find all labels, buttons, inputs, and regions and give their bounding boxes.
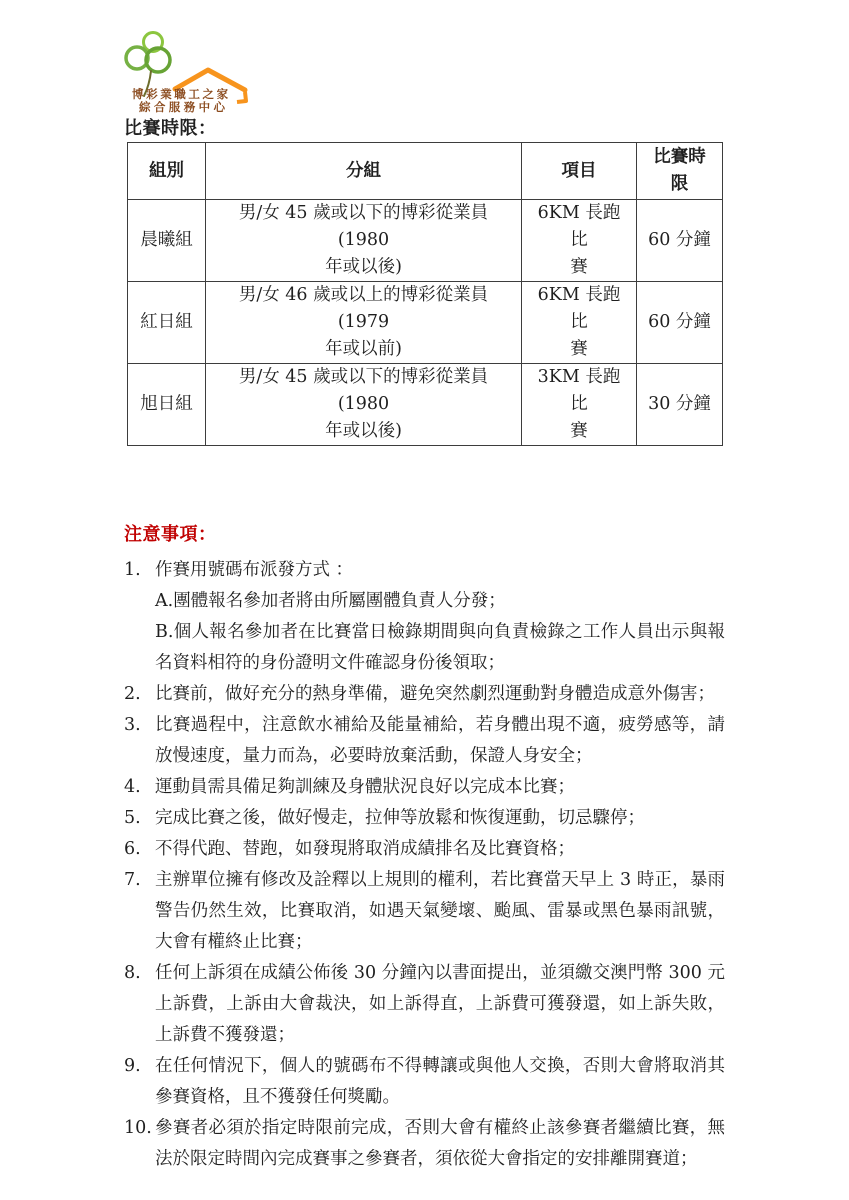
time-limit-heading: 比賽時限： [124,119,725,139]
cell-event: 3KM 長跑比 賽 [522,364,637,446]
cell-group: 紅日組 [128,282,206,364]
list-item-text: 比賽前，做好充分的熱身準備，避免突然劇烈運動對身體造成意外傷害； [155,679,725,710]
list-item-text: 作賽用號碼布派發方式 ： [155,555,725,586]
cell-time-limit: 60 分鐘 [637,282,723,364]
list-item-text: 運動員需具備足夠訓練及身體狀況良好以完成本比賽； [155,772,725,803]
list-item-number: 10. [124,1113,155,1175]
cell-event: 6KM 長跑比 賽 [522,200,637,282]
col-header-group: 組別 [128,143,206,200]
list-item-text: 任何上訴須在成績公佈後 30 分鐘內以書面提出，並須繳交澳門幣 300 元上訴費… [155,958,725,1051]
cell-time-limit: 60 分鐘 [637,200,723,282]
list-item-text: 參賽者必須於指定時限前完成，否則大會有權終止該參賽者繼續比賽，無法於限定時間內完… [155,1113,725,1175]
list-subitem-b: B.個人報名參加者在比賽當日檢錄期間與向負責檢錄之工作人員出示與報名資料相符的身… [155,617,725,679]
list-item-text: 完成比賽之後，做好慢走，拉伸等放鬆和恢復運動，切忌驟停； [155,803,725,834]
list-item-number: 9. [124,1051,155,1113]
col-header-division: 分組 [206,143,522,200]
list-item-number: 4. [124,772,155,803]
list-item: 2. 比賽前，做好充分的熱身準備，避免突然劇烈運動對身體造成意外傷害； [124,679,725,710]
cell-division: 男/女 45 歲或以下的博彩從業員 (1980 年或以後) [206,364,522,446]
list-item: 5. 完成比賽之後，做好慢走，拉伸等放鬆和恢復運動，切忌驟停； [124,803,725,834]
list-item-number: 1. [124,555,155,679]
logo-text-line2: 綜合服務中心 [139,99,228,115]
document-page: 博彩業職工之家 綜合服務中心 比賽時限： 組別 分組 項目 比賽時 限 晨曦組 … [0,0,849,1200]
cell-event: 6KM 長跑比 賽 [522,282,637,364]
table-row: 旭日組 男/女 45 歲或以下的博彩從業員 (1980 年或以後) 3KM 長跑… [128,364,723,446]
cell-division: 男/女 46 歲或以上的博彩從業員 (1979 年或以前) [206,282,522,364]
list-item: 7. 主辦單位擁有修改及詮釋以上規則的權利，若比賽當天早上 3 時正，暴雨警告仍… [124,865,725,958]
cell-group: 晨曦組 [128,200,206,282]
list-item-number: 3. [124,710,155,772]
list-item-number: 5. [124,803,155,834]
col-header-time-limit: 比賽時 限 [637,143,723,200]
list-item-number: 7. [124,865,155,958]
list-item-text: 不得代跑、替跑，如發現將取消成績排名及比賽資格； [155,834,725,865]
list-subitem-a: A.團體報名參加者將由所屬團體負責人分發； [155,586,725,617]
list-item: 3. 比賽過程中，注意飲水補給及能量補給，若身體出現不適，疲勞感等，請放慢速度，… [124,710,725,772]
table-row: 紅日組 男/女 46 歲或以上的博彩從業員 (1979 年或以前) 6KM 長跑… [128,282,723,364]
table-row: 晨曦組 男/女 45 歲或以下的博彩從業員 (1980 年或以後) 6KM 長跑… [128,200,723,282]
cell-division: 男/女 45 歲或以下的博彩從業員 (1980 年或以後) [206,200,522,282]
document-body: 比賽時限： 組別 分組 項目 比賽時 限 晨曦組 男/女 45 歲或以下的博彩從… [124,119,725,1175]
list-item-text: 比賽過程中，注意飲水補給及能量補給，若身體出現不適，疲勞感等，請放慢速度，量力而… [155,710,725,772]
list-item: 10. 參賽者必須於指定時限前完成，否則大會有權終止該參賽者繼續比賽，無法於限定… [124,1113,725,1175]
list-item-number: 2. [124,679,155,710]
list-item-number: 6. [124,834,155,865]
list-item: 6. 不得代跑、替跑，如發現將取消成績排名及比賽資格； [124,834,725,865]
list-item: 1. 作賽用號碼布派發方式 ： A.團體報名參加者將由所屬團體負責人分發； B.… [124,555,725,679]
list-item-text: 主辦單位擁有修改及詮釋以上規則的權利，若比賽當天早上 3 時正，暴雨警告仍然生效… [155,865,725,958]
list-item: 9. 在任何情況下，個人的號碼布不得轉讓或與他人交換，否則大會將取消其參賽資格，… [124,1051,725,1113]
time-limit-table: 組別 分組 項目 比賽時 限 晨曦組 男/女 45 歲或以下的博彩從業員 (19… [127,142,723,446]
table-header-row: 組別 分組 項目 比賽時 限 [128,143,723,200]
cell-time-limit: 30 分鐘 [637,364,723,446]
notes-heading: 注意事項： [124,525,725,545]
notes-list: 1. 作賽用號碼布派發方式 ： A.團體報名參加者將由所屬團體負責人分發； B.… [124,555,725,1175]
list-item-number: 8. [124,958,155,1051]
col-header-event: 項目 [522,143,637,200]
list-item: 8. 任何上訴須在成績公佈後 30 分鐘內以書面提出，並須繳交澳門幣 300 元… [124,958,725,1051]
list-item-text: 在任何情況下，個人的號碼布不得轉讓或與他人交換，否則大會將取消其參賽資格，且不獲… [155,1051,725,1113]
cell-group: 旭日組 [128,364,206,446]
list-item: 4. 運動員需具備足夠訓練及身體狀況良好以完成本比賽； [124,772,725,803]
org-logo: 博彩業職工之家 綜合服務中心 [118,30,278,114]
list-item-body: 作賽用號碼布派發方式 ： A.團體報名參加者將由所屬團體負責人分發； B.個人報… [155,555,725,679]
